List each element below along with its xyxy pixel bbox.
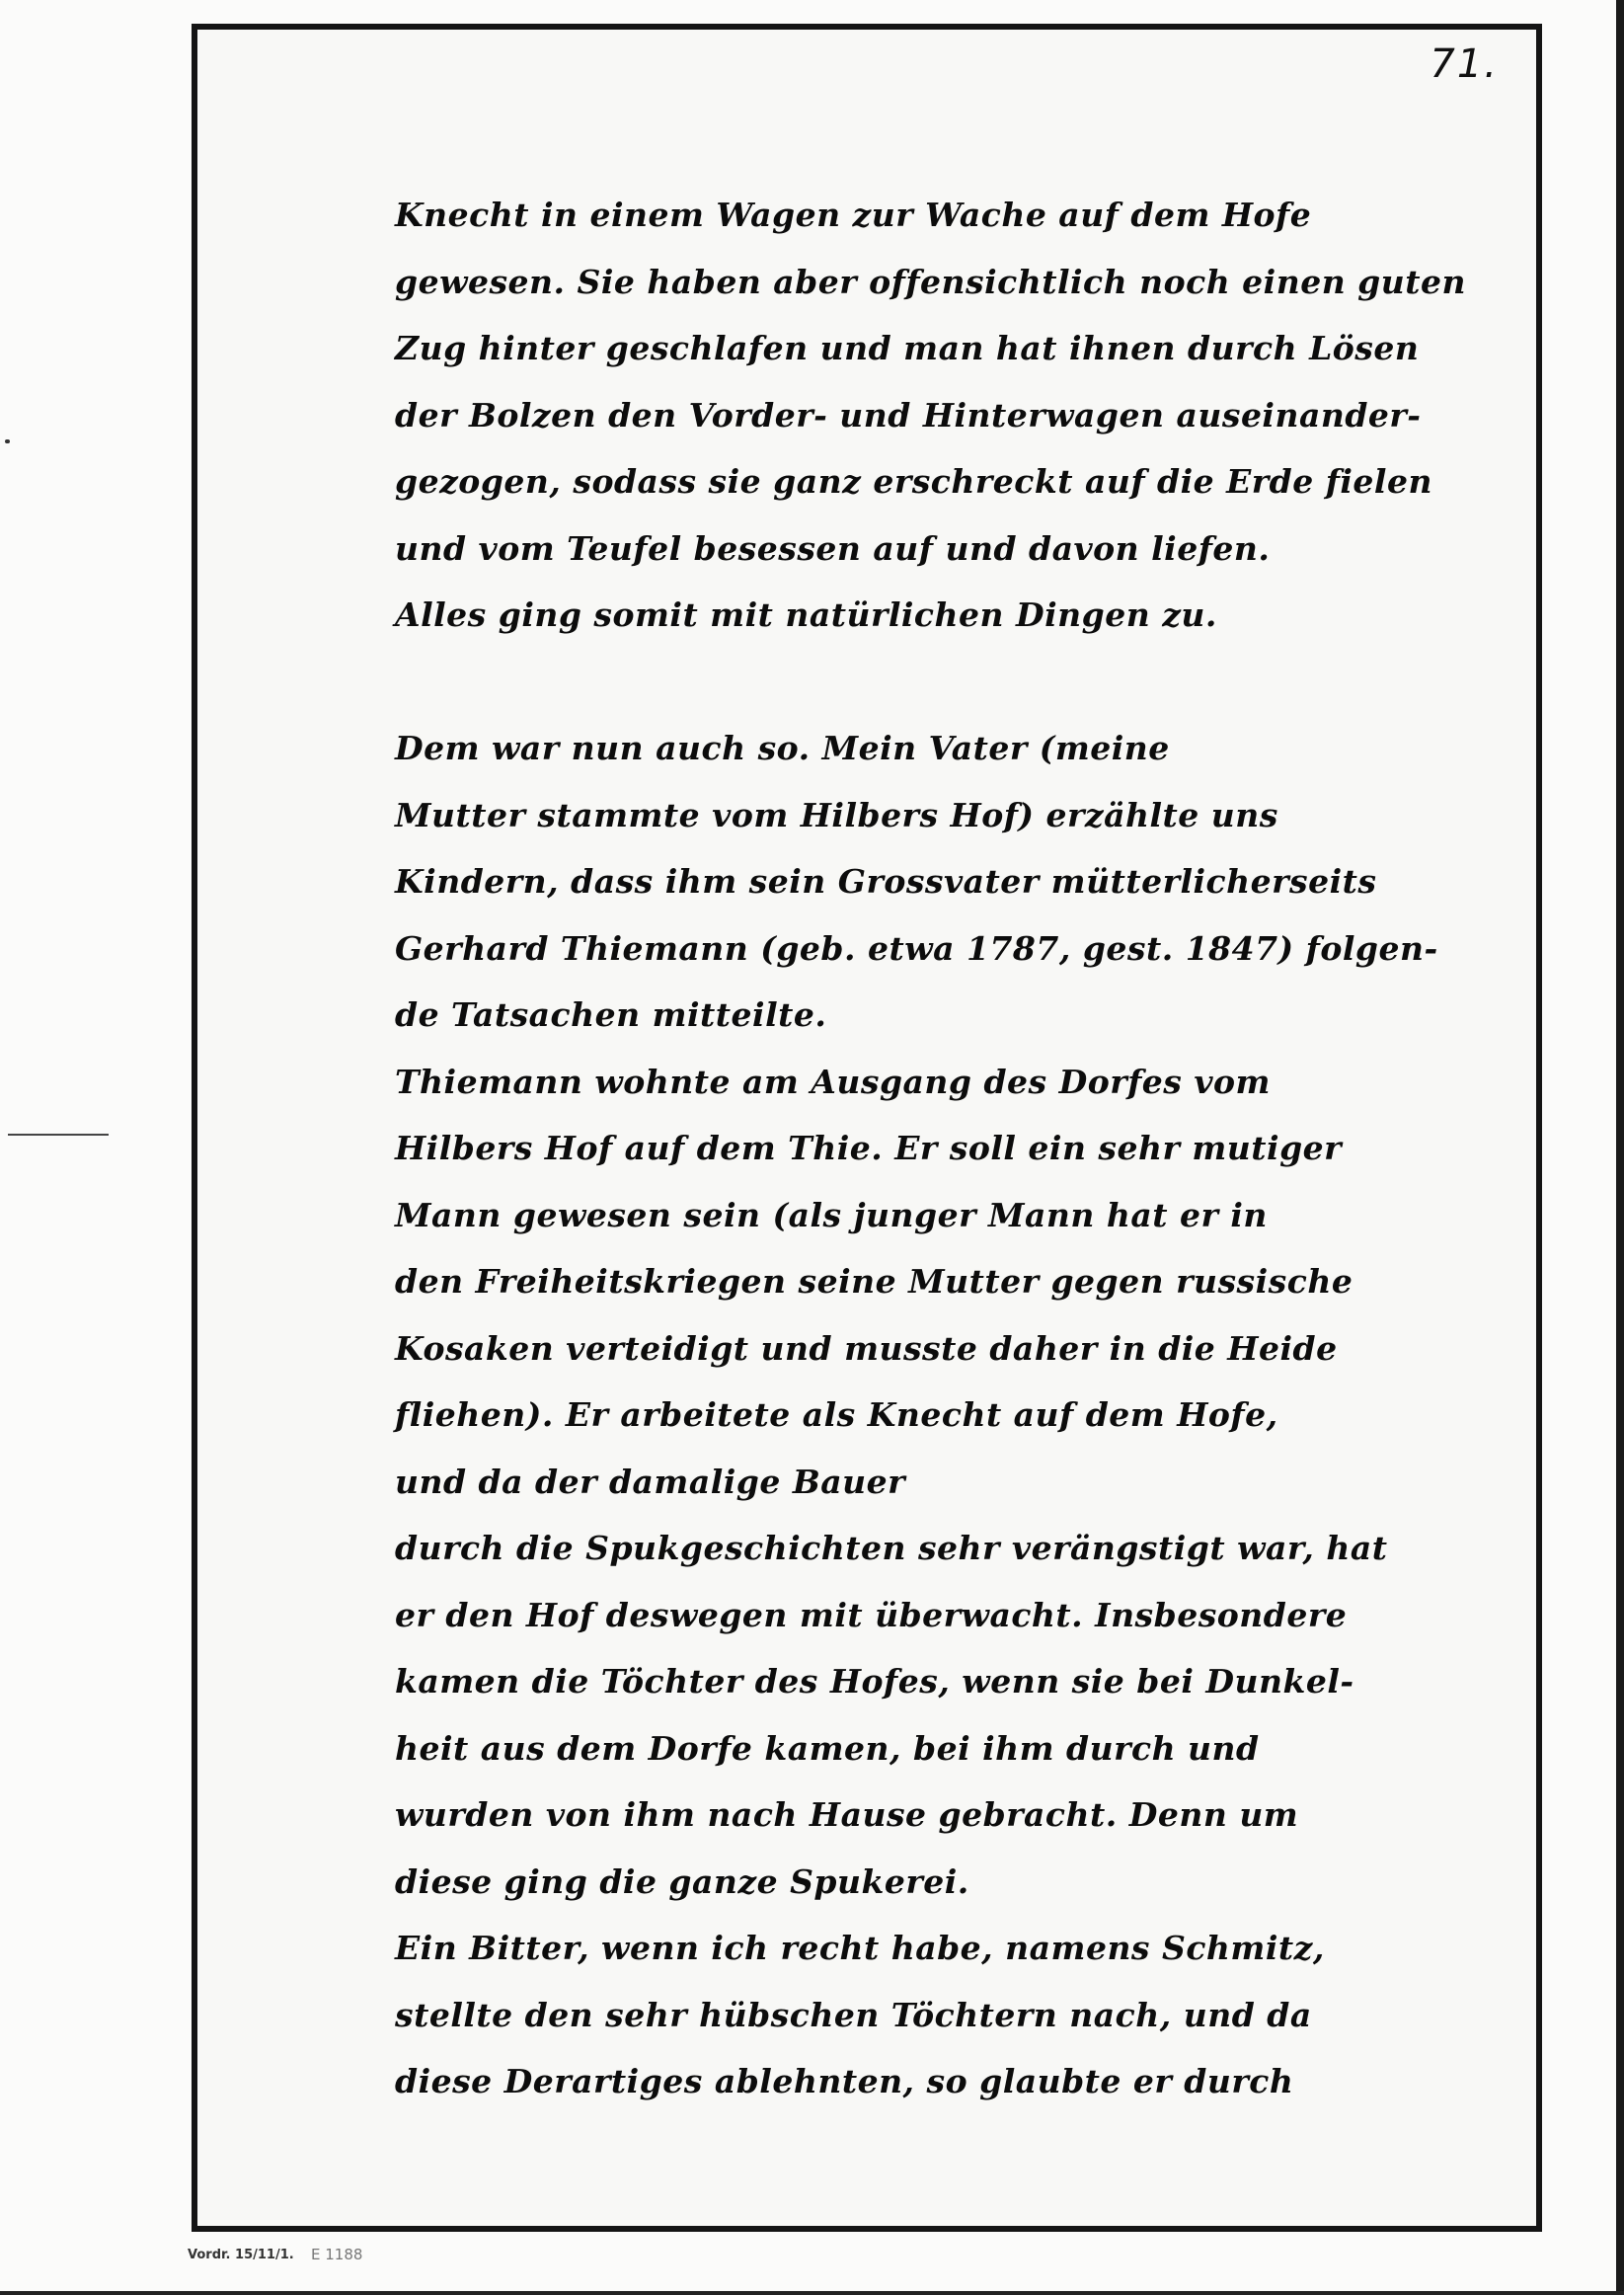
text-line: Kindern, dass ihm sein Grossvater mütter…	[395, 848, 1510, 915]
form-number-label: Vordr. 15/11/1.	[188, 2248, 294, 2262]
text-line: diese Derartiges ablehnten, so glaubte e…	[395, 2048, 1510, 2115]
text-line: fliehen). Er arbeitete als Knecht auf de…	[395, 1382, 1510, 1449]
text-line: Ein Bitter, wenn ich recht habe, namens …	[395, 1915, 1510, 1982]
text-line: und da der damalige Bauer	[395, 1449, 1510, 1516]
margin-fold-mark	[8, 1134, 109, 1136]
text-line: gewesen. Sie haben aber offensichtlich n…	[395, 249, 1510, 316]
text-line: de Tatsachen mitteilte.	[395, 982, 1510, 1049]
text-line: Dem war nun auch so. Mein Vater (meine	[395, 715, 1510, 782]
paper-speck	[5, 439, 10, 443]
text-line: Zug hinter geschlafen und man hat ihnen …	[395, 315, 1510, 382]
text-line: diese ging die ganze Spukerei.	[395, 1849, 1510, 1916]
text-line: Mutter stammte vom Hilbers Hof) erzählte…	[395, 782, 1510, 849]
text-line: durch die Spukgeschichten sehr verängsti…	[395, 1515, 1510, 1582]
page-number: 71.	[1430, 41, 1499, 87]
text-line: Gerhard Thiemann (geb. etwa 1787, gest. …	[395, 915, 1510, 983]
handwritten-text-block: Knecht in einem Wagen zur Wache auf dem …	[395, 182, 1510, 2115]
scan-edge-bottom	[0, 2291, 1624, 2295]
text-line: der Bolzen den Vorder- und Hinterwagen a…	[395, 382, 1510, 449]
text-line: kamen die Töchter des Hofes, wenn sie be…	[395, 1648, 1510, 1715]
text-line: Alles ging somit mit natürlichen Dingen …	[395, 582, 1510, 649]
paragraph-gap	[395, 649, 1510, 716]
page-frame: 71. Knecht in einem Wagen zur Wache auf …	[192, 24, 1542, 2232]
scan-edge-right	[1616, 0, 1624, 2295]
text-line: stellte den sehr hübschen Töchtern nach,…	[395, 1982, 1510, 2049]
form-code-label: E 1188	[311, 2246, 362, 2263]
text-line: den Freiheitskriegen seine Mutter gegen …	[395, 1248, 1510, 1315]
text-line: Hilbers Hof auf dem Thie. Er soll ein se…	[395, 1115, 1510, 1182]
text-line: Knecht in einem Wagen zur Wache auf dem …	[395, 182, 1510, 249]
text-line: Thiemann wohnte am Ausgang des Dorfes vo…	[395, 1049, 1510, 1116]
text-line: Mann gewesen sein (als junger Mann hat e…	[395, 1182, 1510, 1249]
text-line: wurden von ihm nach Hause gebracht. Denn…	[395, 1781, 1510, 1849]
text-line: Kosaken verteidigt und musste daher in d…	[395, 1315, 1510, 1383]
text-line: und vom Teufel besessen auf und davon li…	[395, 515, 1510, 583]
text-line: er den Hof deswegen mit überwacht. Insbe…	[395, 1582, 1510, 1649]
text-line: gezogen, sodass sie ganz erschreckt auf …	[395, 448, 1510, 515]
text-line: heit aus dem Dorfe kamen, bei ihm durch …	[395, 1715, 1510, 1782]
